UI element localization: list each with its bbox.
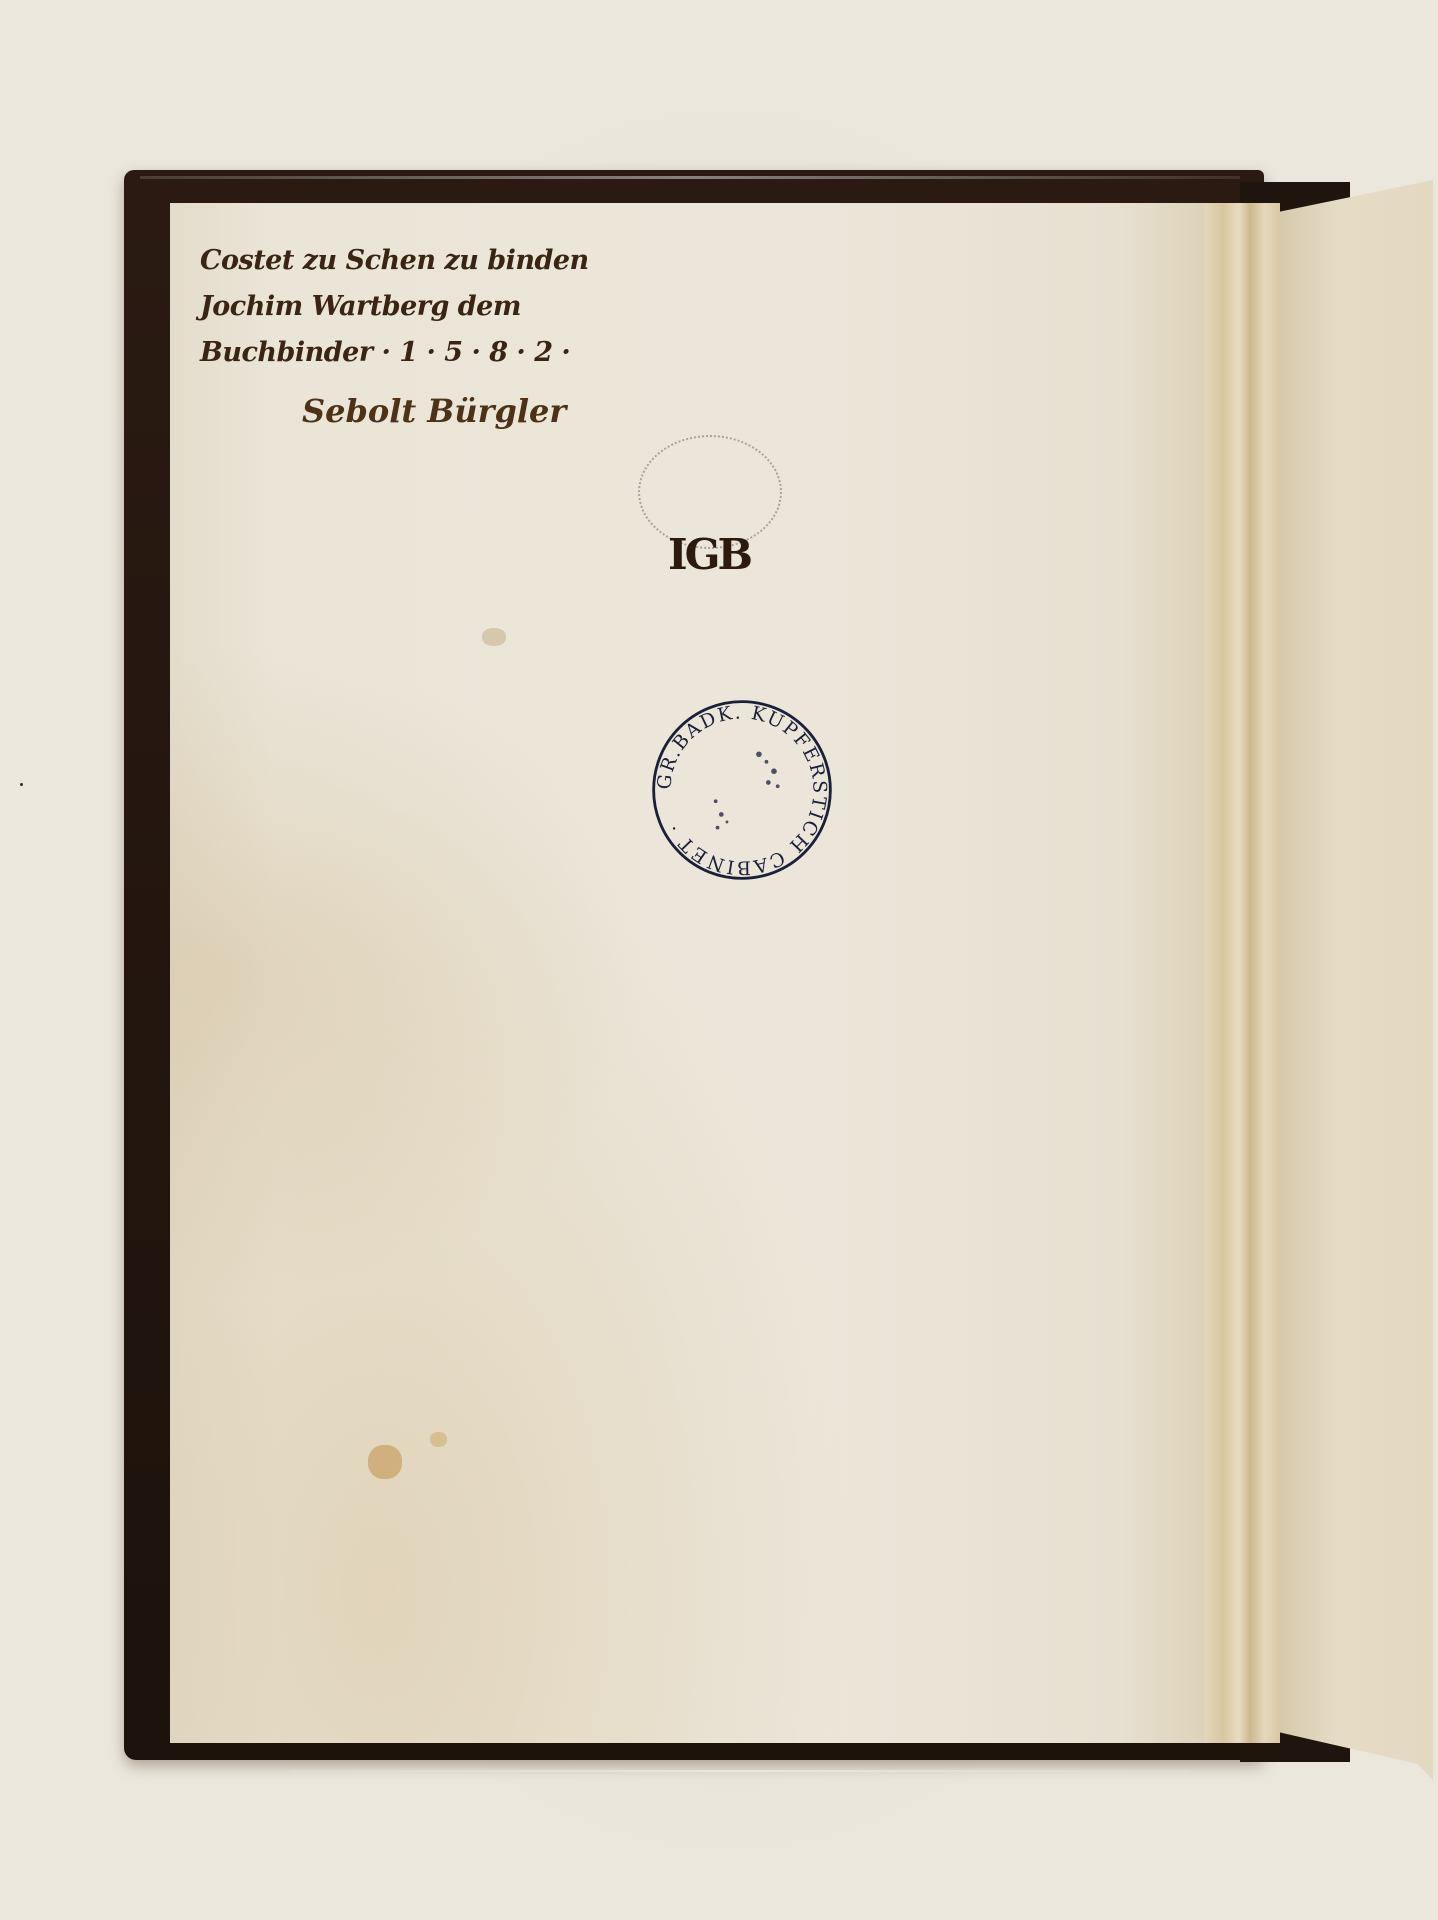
- monogram: IGB: [668, 530, 750, 579]
- foxing-stain: [482, 628, 506, 646]
- inscription-line: Buchbinder · 1 · 5 · 8 · 2 ·: [200, 330, 620, 376]
- cover-highlight-top: [140, 176, 1240, 179]
- library-stamp-icon: GR.BADK. KUPFERSTICH CABINET ·: [648, 696, 836, 884]
- cover-highlight-bottom: [290, 1770, 1190, 1772]
- foxing-stain: [368, 1445, 402, 1479]
- inscription-line: Costet zu Schen zu binden: [200, 238, 620, 284]
- flyleaf: [1278, 180, 1433, 1780]
- stamp-text: GR.BADK. KUPFERSTICH CABINET ·: [654, 702, 829, 877]
- foxing-stain: [430, 1432, 447, 1447]
- pastedown-page: [170, 203, 1225, 1743]
- owner-signature: Sebolt Bürgler: [302, 392, 566, 430]
- stray-mark: [20, 783, 23, 786]
- inscription-line: Jochim Wartberg dem: [200, 284, 620, 330]
- binding-inscription: Costet zu Schen zu binden Jochim Wartber…: [200, 238, 620, 376]
- page-gutter: [1205, 203, 1280, 1743]
- svg-text:GR.BADK. KUPFERSTICH CABINET ·: GR.BADK. KUPFERSTICH CABINET ·: [654, 702, 829, 877]
